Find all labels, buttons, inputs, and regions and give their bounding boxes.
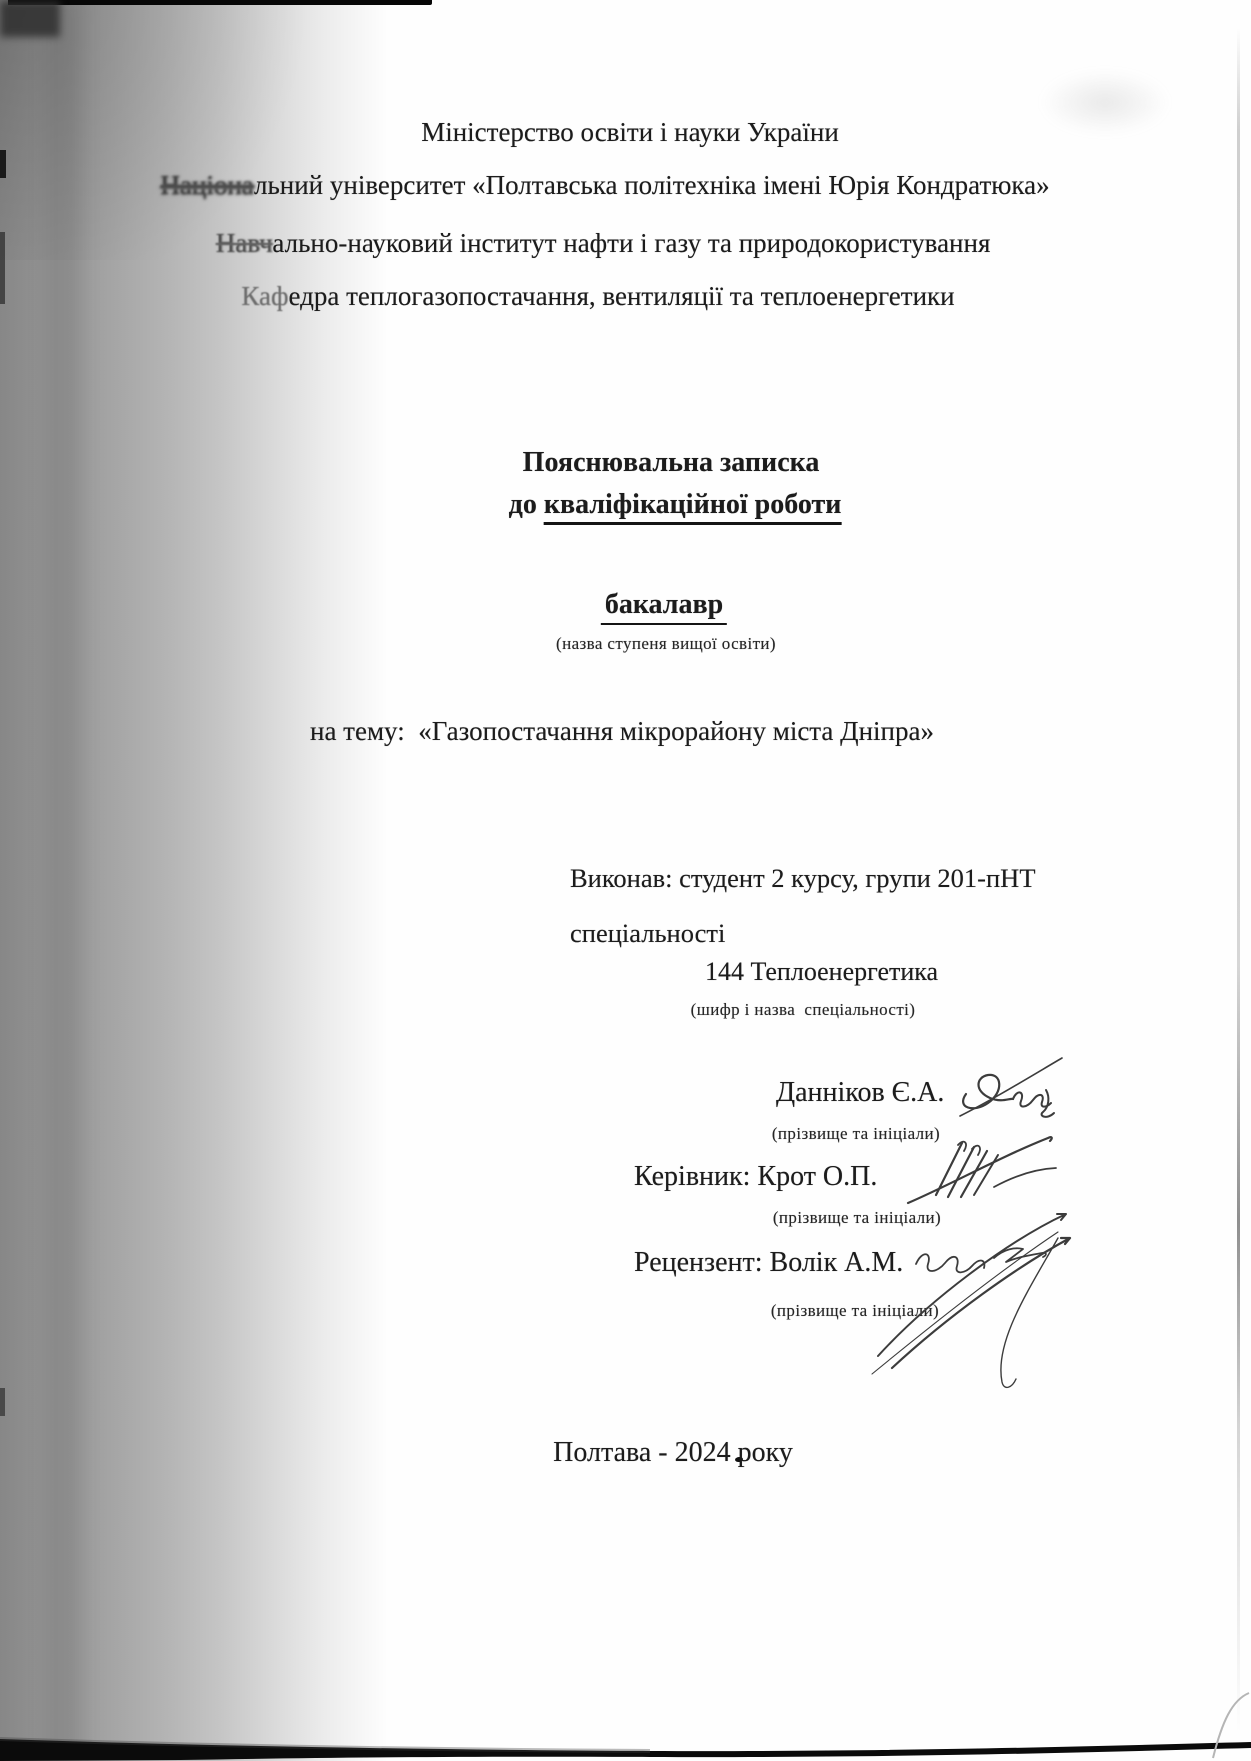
institute-line: Навчально-науковий інститут нафти і газу… (216, 228, 991, 259)
city-year-line: Полтава - 2024 року (553, 1437, 793, 1469)
institute-text: ально-науковий інститут нафти і газу та … (272, 228, 990, 258)
ministry-text: Міністерство освіти і науки України (421, 117, 839, 147)
student-name-line: Данніков Є.А. (776, 1077, 944, 1109)
scanned-title-page: Міністерство освіти і науки України Наці… (0, 0, 1251, 1761)
department-smudged-text: Каф (241, 281, 288, 311)
university-text: льний університет «Полтавська політехнік… (254, 170, 1050, 200)
specialty-label-line: спеціальності (570, 918, 725, 948)
specialty-line: 144 Теплоенергетика (705, 957, 938, 987)
scan-faint-smudge (1040, 70, 1170, 135)
page-corner-curl (1200, 1680, 1251, 1761)
scan-top-corner-blob (0, 1, 60, 37)
scan-corner-shade (0, 0, 320, 260)
scan-bottom-edge-strip (0, 1731, 1251, 1761)
supervisor-text: Керівник: Крот О.П. (634, 1161, 877, 1192)
specialty-caption: (шифр і назва спеціальності) (691, 1000, 916, 1020)
specialty-caption-text: (шифр і назва спеціальності) (691, 1000, 916, 1019)
supervisor-line: Керівник: Крот О.П. (634, 1161, 877, 1193)
ministry-line: Міністерство освіти і науки України (421, 117, 839, 148)
work-title-line2: до кваліфікаційної роботи (509, 489, 842, 525)
work-title-line1: Пояснювальна записка (523, 447, 820, 479)
degree-line: бакалавр (601, 589, 727, 625)
scan-top-edge-line (8, 0, 432, 5)
work-title-prefix: до (509, 489, 544, 520)
student-name-text: Данніков Є.А. (776, 1077, 944, 1108)
department-text: едра теплогазопостачання, вентиляції та … (289, 281, 955, 311)
scan-edge-mark (0, 232, 5, 304)
degree-caption: (назва ступеня вищої освіти) (556, 634, 776, 654)
scan-gutter-dark-band (46, 0, 82, 1761)
executor-line: Виконав: студент 2 курсу, групи 201-пНТ (570, 863, 1036, 893)
city-year-text: Полтава - 2024 року (553, 1437, 793, 1468)
reviewer-text: Рецензент: Волік А.М. (634, 1247, 903, 1278)
work-title-underlined: кваліфікаційної роботи (544, 489, 842, 525)
institute-smudged-text: Навч (216, 228, 273, 258)
topic-text: на тему: «Газопостачання мікрорайону міс… (310, 716, 934, 746)
specialty-text: 144 Теплоенергетика (705, 957, 938, 986)
student-signature (950, 1052, 1065, 1122)
university-smudged-text: Націона (160, 170, 254, 200)
scan-edge-mark (0, 150, 6, 178)
department-line: Кафедра теплогазопостачання, вентиляції … (241, 281, 954, 312)
degree-caption-text: (назва ступеня вищої освіти) (556, 634, 776, 653)
executor-text: Виконав: студент 2 курсу, групи 201-пНТ (570, 863, 1036, 893)
degree-text: бакалавр (601, 589, 727, 625)
page-right-edge-line (1237, 28, 1240, 1734)
work-title-text: Пояснювальна записка (523, 447, 820, 478)
university-line: Національний університет «Полтавська пол… (160, 170, 1049, 201)
topic-line: на тему: «Газопостачання мікрорайону міс… (310, 716, 934, 747)
reviewer-line: Рецензент: Волік А.М. (634, 1247, 903, 1279)
supervisor-signature (900, 1125, 1060, 1205)
scan-edge-mark (0, 1388, 5, 1416)
reviewer-signature (868, 1196, 1080, 1396)
specialty-label-text: спеціальності (570, 918, 725, 948)
